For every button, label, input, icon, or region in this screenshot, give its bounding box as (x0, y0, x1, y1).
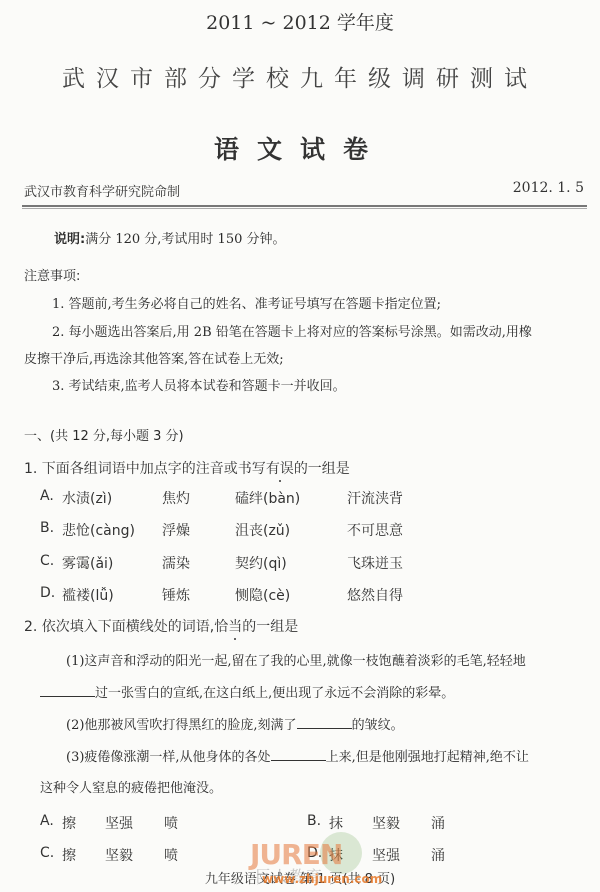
q1-option-c: C. 雾霭(ǎi) 濡染 契约(qì) 飞珠迸玉 (40, 553, 54, 569)
note-text: 满分 120 分,考试用时 150 分钟。 (85, 232, 285, 247)
notice-item-2-cont: 皮擦干净后,再选涂其他答案,答在试卷上无效; (24, 348, 284, 367)
option-label: C. (40, 845, 54, 861)
option-word: 喷 (164, 813, 178, 833)
option-word: 契约(qì) (235, 553, 287, 573)
q1-stem-emphasis: 有误 (266, 458, 294, 478)
question-2-stem: 2. 依次填入下面横线处的词语,恰当的一组是 (24, 616, 298, 636)
passage-text: 过一张雪白的宣纸,在这白纸上,便出现了永远不会消除的彩晕。 (95, 686, 454, 701)
q2-passage-3: (3)疲倦像涨潮一样,从他身体的各处上来,但是他刚强地打起精神,绝不让 (66, 746, 529, 765)
option-word: 褴褛(lǚ) (62, 585, 114, 605)
notice-item-3: 3. 考试结束,监考人员将本试卷和答题卡一并收回。 (52, 375, 346, 394)
option-word: 濡染 (162, 553, 190, 573)
option-word: 焦灼 (162, 488, 190, 508)
watermark-url: www.zhjuren.com (262, 872, 382, 886)
q2-option-b: B. 抹 坚毅 涌 (307, 813, 321, 829)
option-word: 恻隐(cè) (235, 585, 290, 605)
q2-option-c: C. 擦 坚毅 喷 (40, 845, 54, 861)
q2-option-a: A. 擦 坚强 喷 (40, 813, 54, 829)
question-1-stem: 1. 下面各组词语中加点字的注音或书写有误的一组是 (24, 458, 350, 478)
notice-item-1: 1. 答题前,考生务必将自己的姓名、准考证号填写在答题卡指定位置; (52, 293, 441, 312)
option-word: 悠然自得 (347, 585, 403, 605)
passage-text: 上来,但是他刚强地打起精神,绝不让 (326, 750, 529, 765)
q2-passage-1: (1)这声音和浮动的阳光一起,留在了我的心里,就像一枝饱蘸着淡彩的毛笔,轻轻地 (66, 650, 526, 669)
option-word: 喷 (164, 845, 178, 865)
note-label: 说明: (54, 232, 85, 247)
q2-passage-2: (2)他那被风雪吹打得黑红的脸庞,刻满了的皱纹。 (66, 714, 404, 733)
option-label: C. (40, 553, 54, 569)
option-word: 飞珠迸玉 (347, 553, 403, 573)
q1-stem-pre: 1. 下面各组词语中加点字的注音或书写 (24, 461, 266, 477)
notice-title: 注意事项: (24, 265, 80, 284)
q1-stem-post: 的一组是 (294, 461, 350, 477)
section-heading: 一、(共 12 分,每小题 3 分) (24, 425, 184, 444)
option-label: B. (40, 520, 54, 536)
issuer: 武汉市教育科学研究院命制 (24, 181, 180, 200)
q2-stem-pre: 2. 依次填入下面横线处的词语, (24, 619, 214, 635)
header-rule-thin (22, 208, 587, 209)
passage-text: (2)他那被风雪吹打得黑红的脸庞,刻满了 (66, 718, 297, 733)
option-word: 涌 (431, 845, 445, 865)
passage-text: 的皱纹。 (352, 718, 404, 733)
q2-passage-1-cont: 过一张雪白的宣纸,在这白纸上,便出现了永远不会消除的彩晕。 (40, 682, 454, 701)
subject-title: 语文试卷 (0, 130, 600, 166)
option-word: 沮丧(zǔ) (235, 520, 290, 540)
option-word: 汗流浃背 (347, 488, 403, 508)
q2-stem-post: 一组是 (256, 619, 298, 635)
option-word: 雾霭(ǎi) (62, 553, 113, 573)
q1-option-a: A. 水渍(zì) 焦灼 磕绊(bàn) 汗流浃背 (40, 488, 54, 504)
option-word: 坚毅 (372, 813, 400, 833)
option-word: 悲怆(càng) (62, 520, 135, 540)
passage-text: (3)疲倦像涨潮一样,从他身体的各处 (66, 750, 271, 765)
option-word: 锤炼 (162, 585, 190, 605)
option-word: 擦 (62, 845, 76, 865)
fill-blank-3 (271, 748, 326, 761)
fill-blank-2 (297, 716, 352, 729)
option-label: A. (40, 488, 54, 504)
option-label: A. (40, 813, 54, 829)
exam-title: 武汉市部分学校九年级调研测试 (0, 60, 600, 93)
option-word: 不可思意 (347, 520, 403, 540)
q1-option-b: B. 悲怆(càng) 浮燥 沮丧(zǔ) 不可思意 (40, 520, 54, 536)
option-word: 擦 (62, 813, 76, 833)
fill-blank-1 (40, 684, 95, 697)
notice-item-2: 2. 每小题选出答案后,用 2B 铅笔在答题卡上将对应的答案标号涂黑。如需改动,… (52, 321, 532, 340)
option-word: 浮燥 (162, 520, 190, 540)
exam-note: 说明:满分 120 分,考试用时 150 分钟。 (54, 228, 286, 247)
option-word: 坚强 (372, 845, 400, 865)
option-word: 涌 (431, 813, 445, 833)
option-word: 水渍(zì) (62, 488, 112, 508)
option-label: B. (307, 813, 321, 829)
header-rule (22, 205, 587, 207)
school-year: 2011 ~ 2012 学年度 (0, 8, 600, 35)
option-word: 坚强 (105, 813, 133, 833)
option-word: 抹 (329, 813, 343, 833)
exam-date: 2012. 1. 5 (513, 180, 584, 196)
q2-stem-emphasis: 恰当的 (214, 616, 256, 636)
option-label: D. (40, 585, 55, 601)
q2-passage-3-cont: 这种令人窒息的疲倦把他淹没。 (40, 777, 222, 796)
option-word: 磕绊(bàn) (235, 488, 300, 508)
q1-option-d: D. 褴褛(lǚ) 锤炼 恻隐(cè) 悠然自得 (40, 585, 55, 601)
option-word: 坚毅 (105, 845, 133, 865)
